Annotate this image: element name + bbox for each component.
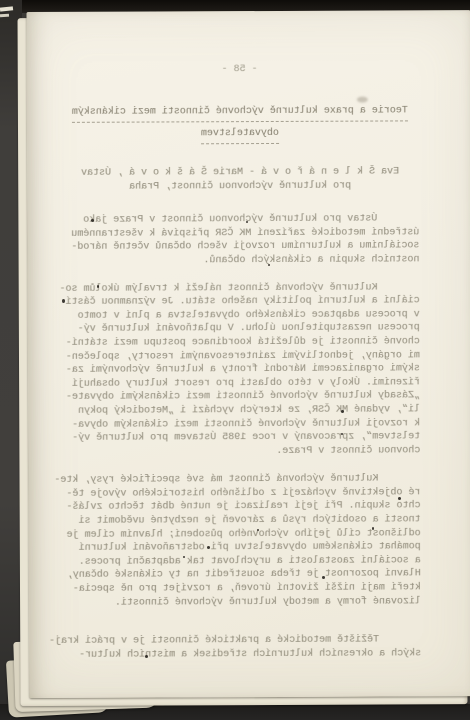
ink-speck — [257, 529, 259, 531]
text-line: skými organizacemi Národní fronty a kult… — [62, 362, 420, 377]
text-line: telstvem“, zpracovaný v roce 1985 Ústave… — [62, 430, 420, 445]
text-line: tností a osobitých rysů a zároveň je nez… — [63, 513, 421, 528]
ink-speck — [207, 546, 210, 549]
text-line: Kulturně výchovná činnost má své specifi… — [62, 473, 420, 488]
text-line: pomáhat cikánskému obyvatelstvu při odst… — [63, 541, 421, 556]
ink-speck — [341, 433, 343, 435]
text-line: ciální a kulturní politiky našeho státu.… — [62, 294, 420, 309]
ink-speck — [341, 410, 344, 413]
page-number: - 58 - — [61, 62, 419, 78]
ink-speck — [91, 219, 94, 222]
paragraph-3: Kulturně výchovná činnost má své specifi… — [62, 473, 421, 610]
ink-speck — [372, 527, 374, 530]
paragraph-2: Kulturně výchovná činnost náleží k trval… — [62, 281, 421, 459]
text-line: Těžiště metodické a praktické činnosti j… — [63, 634, 421, 649]
ink-speck — [62, 299, 65, 303]
byline-line: pro kulturně výchovnou činnost, Praha — [61, 179, 419, 194]
page-title: Teorie a praxe kulturně výchovné činnost… — [61, 104, 419, 145]
text-line: nostních skupin a cikánských občanů. — [62, 253, 420, 268]
byline-line: Eva Š k l e n á ř o v á - Marie Š á š k … — [61, 165, 419, 180]
text-line: chovné činnosti je důležitá koordinace p… — [62, 335, 420, 350]
ink-speck — [322, 576, 325, 579]
book-page-photo: - 58 - Teorie a praxe kulturně výchovné … — [0, 0, 470, 720]
text-line: li“, vydané MK ČSR, ze kterých vychází i… — [62, 403, 420, 418]
ink-speck — [268, 264, 270, 266]
byline: Eva Š k l e n á ř o v á - Marie Š á š k … — [61, 165, 419, 194]
text-line: lizované formy a metody kulturně výchovn… — [63, 595, 421, 610]
ink-speck — [246, 221, 248, 223]
text-line: Ústav pro kulturně výchovnou činnost v P… — [61, 213, 419, 228]
paragraph-4: Těžiště metodické a praktické činnosti j… — [63, 634, 421, 663]
page-stack: - 58 - Teorie a praxe kulturně výchovné … — [0, 0, 470, 720]
text-line: kteří mají nižší životní úroveň, a rozví… — [63, 581, 421, 596]
scanned-page: - 58 - Teorie a praxe kulturně výchovné … — [26, 10, 470, 698]
ink-speck — [145, 655, 148, 658]
title-line-1: Teorie a praxe kulturně výchovné činnost… — [72, 104, 408, 122]
paper-smudge — [357, 97, 368, 103]
text-line: ských a okresních kulturních středisek a… — [63, 647, 421, 662]
title-line-2: obyvatelstvem — [201, 127, 279, 144]
paragraph-1: Ústav pro kulturně výchovnou činnost v P… — [61, 213, 419, 269]
text-line: chovnou činnost v Praze. — [62, 444, 420, 459]
ink-speck — [97, 285, 99, 288]
ink-speck — [183, 556, 185, 558]
ink-speck — [398, 497, 401, 500]
text-line: „Zásady kulturně výchovné činnosti mezi … — [62, 390, 420, 405]
mirrored-text-layer: - 58 - Teorie a praxe kulturně výchovné … — [60, 10, 421, 662]
